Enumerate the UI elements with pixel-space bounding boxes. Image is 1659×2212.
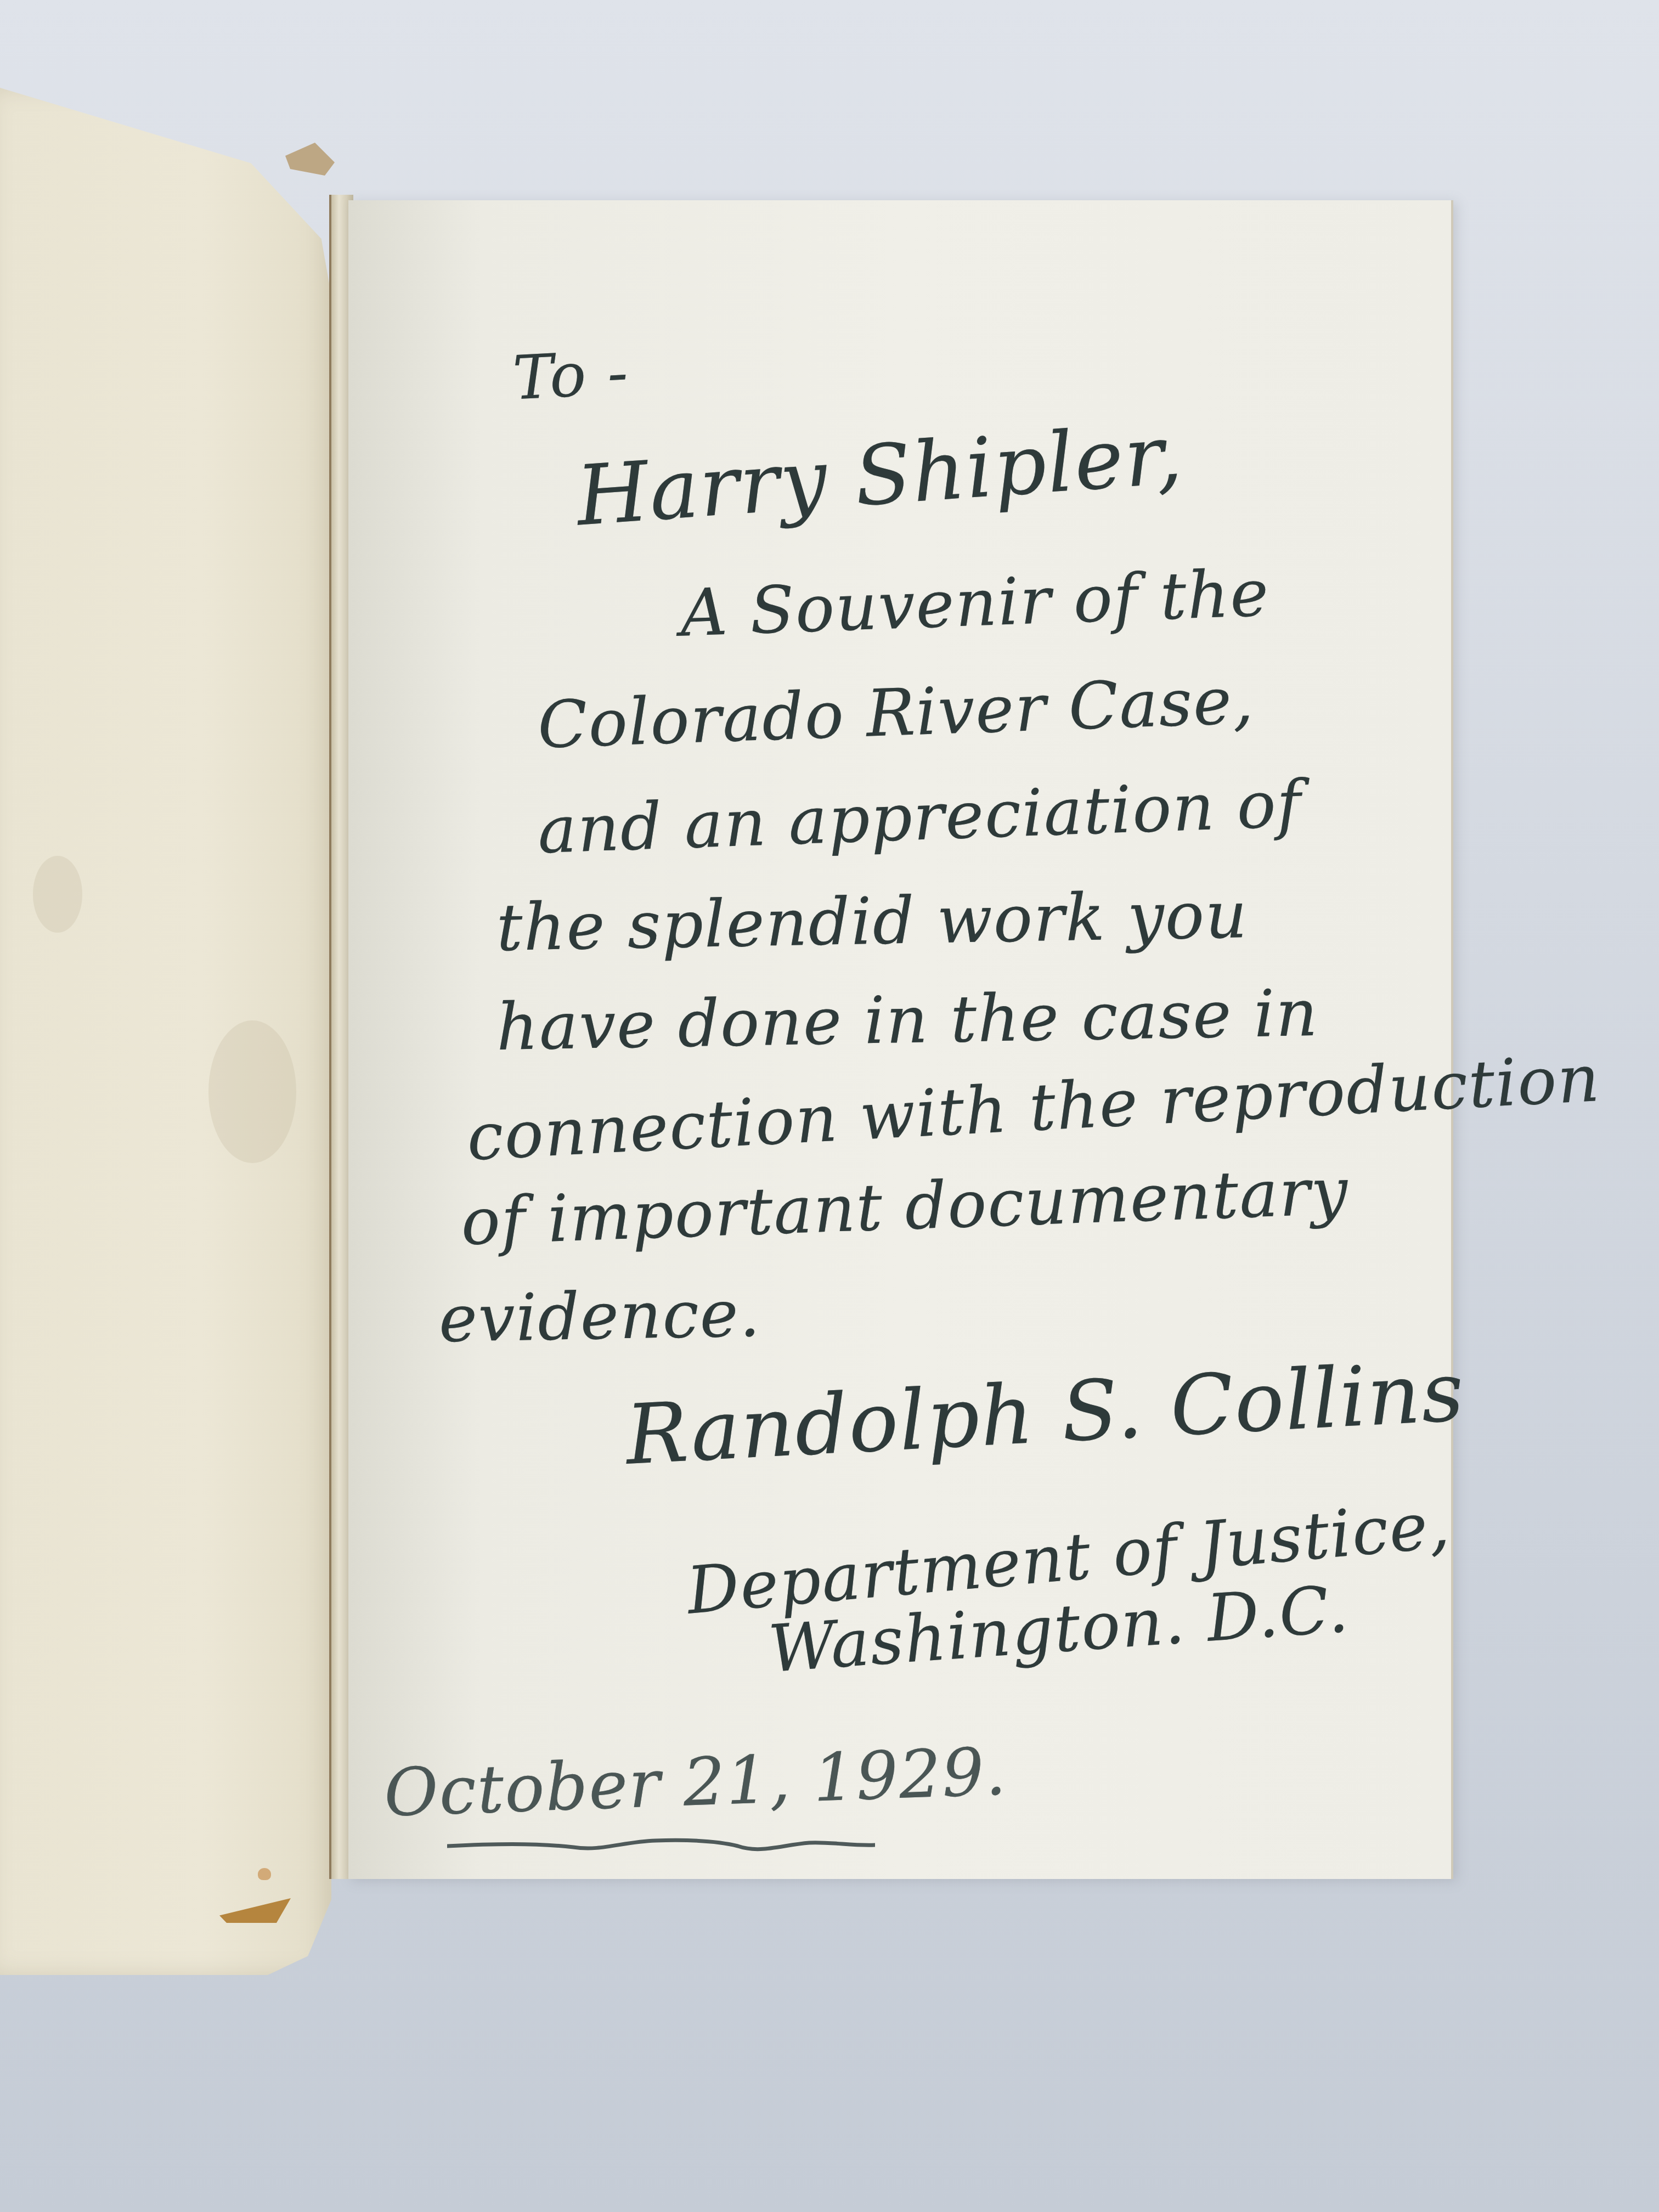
inscription-line: have done in the case in [496,975,1319,1065]
wavy-underline-icon [447,1835,875,1857]
page-stain [258,1868,271,1880]
foxing-spot [208,1020,296,1163]
inscription-line: the splendid work you [496,877,1249,966]
left-endpaper [0,88,335,1975]
foxing-spot [33,856,82,933]
salutation: To - [511,337,631,414]
worn-board-edge-top [285,143,335,176]
inscription-line: evidence. [438,1276,761,1357]
